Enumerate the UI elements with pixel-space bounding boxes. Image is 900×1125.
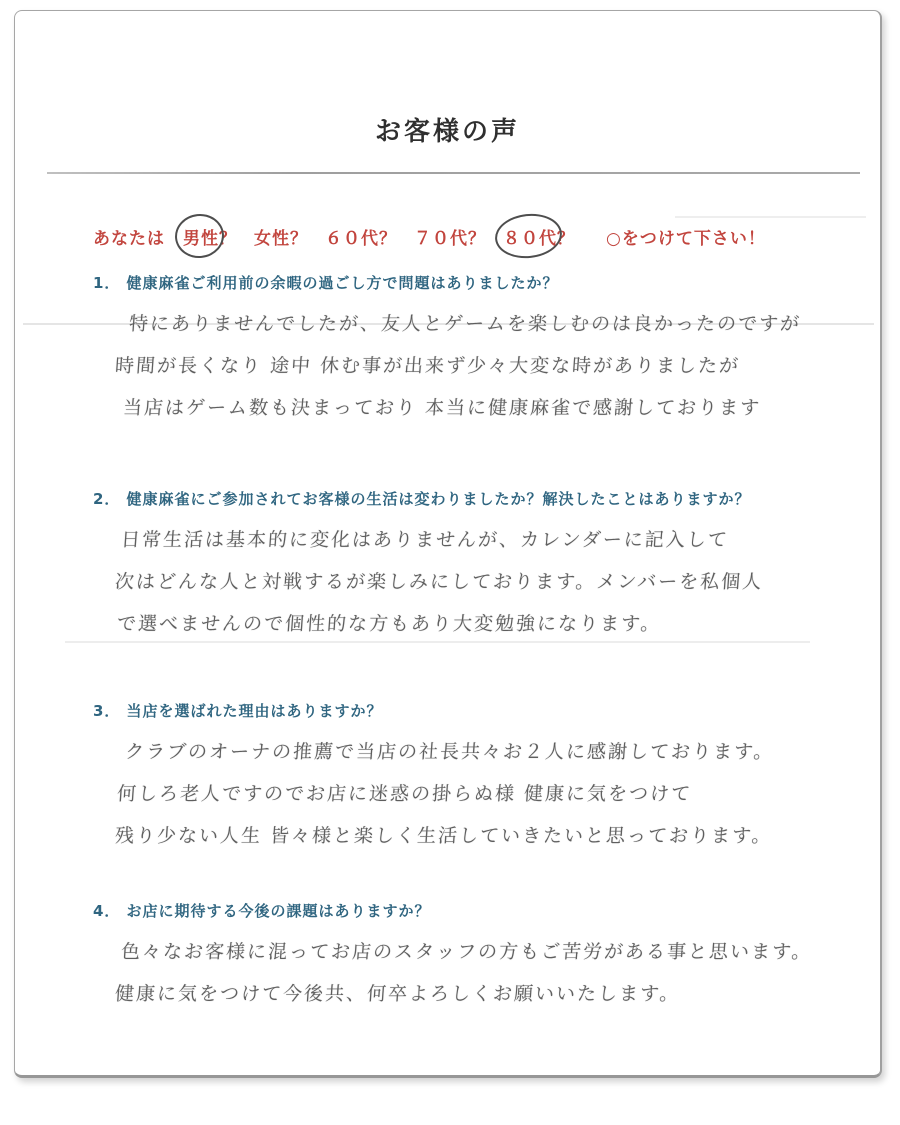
option-question-mark: ？ [468,229,486,249]
handwritten-line: 次はどんな人と対戦するが楽しみにしております。メンバーを私個人 [114,561,862,603]
scanned-feedback-card: お客様の声 あなたは 男性？ 女性？ ６０代？ ７０代？ ８０代？ ○をつけて下… [14,10,882,1078]
question-heading: 4．お店に期待する今後の課題はありますか？ [93,901,860,921]
prompt-lead: あなたは [93,224,165,249]
question-section-1: 1．健康麻雀ご利用前の余暇の過ごし方で問題はありましたか？ 特にありませんでした… [93,273,860,429]
scan-ruled-line [675,216,866,218]
gender-age-option: ７０代？ [414,224,486,249]
handwritten-line: 残り少ない人生 皆々様と楽しく生活していきたいと思っております。 [114,815,862,857]
question-heading: 3．当店を選ばれた理由はありますか？ [93,701,860,721]
question-number: 3． [93,702,120,720]
question-heading: 2．健康麻雀にご参加されてお客様の生活は変わりましたか？解決したことはありますか… [93,489,860,509]
option-question-mark: ？ [379,229,397,249]
question-text: お店に期待する今後の課題はありますか？ [126,902,430,920]
question-number: 4． [93,902,120,920]
handwritten-answer: クラブのオーナの推薦で当店の社長共々お２人に感謝しております。 何しろ老人ですの… [115,731,860,857]
question-text: 当店を選ばれた理由はありますか？ [126,702,382,720]
option-question-mark: ？ [290,229,308,249]
circle-instruction: ○をつけて下さい！ [606,224,766,249]
question-text: 健康麻雀ご利用前の余暇の過ごし方で問題はありましたか？ [126,274,558,292]
page-title: お客様の声 [15,111,880,148]
question-number: 2． [93,490,120,508]
option-label: 女性 [254,229,290,249]
handwritten-line: 当店はゲーム数も決まっており 本当に健康麻雀で感謝しております [122,387,862,429]
handwritten-line: 時間が長くなり 途中 休む事が出来ず少々大変な時がありましたが [114,345,862,387]
handwritten-line: 日常生活は基本的に変化はありませんが、カレンダーに記入して [120,519,862,561]
question-number: 1． [93,274,120,292]
handwritten-answer: 特にありませんでしたが、友人とゲームを楽しむのは良かったのですが 時間が長くなり… [115,303,860,429]
handwritten-line: 健康に気をつけて今後共、何卒よろしくお願いいたします。 [114,973,862,1015]
question-section-4: 4．お店に期待する今後の課題はありますか？ 色々なお客様に混ってお店のスタッフの… [93,901,860,1015]
handwritten-line: 色々なお客様に混ってお店のスタッフの方もご苦労がある事と思います。 [120,931,862,973]
gender-age-option: ６０代？ [325,224,397,249]
handwritten-line: 何しろ老人ですのでお店に迷惑の掛らぬ様 健康に気をつけて [116,773,862,815]
question-heading: 1．健康麻雀ご利用前の余暇の過ごし方で問題はありましたか？ [93,273,860,293]
question-section-3: 3．当店を選ばれた理由はありますか？ クラブのオーナの推薦で当店の社長共々お２人… [93,701,860,857]
handwritten-answer: 色々なお客様に混ってお店のスタッフの方もご苦労がある事と思います。 健康に気をつ… [115,931,860,1015]
gender-age-option: 男性？ [183,224,237,249]
question-section-2: 2．健康麻雀にご参加されてお客様の生活は変わりましたか？解決したことはありますか… [93,489,860,645]
handwritten-line: 特にありませんでしたが、友人とゲームを楽しむのは良かったのですが [128,303,862,345]
gender-age-option: 女性？ [254,224,308,249]
handwritten-answer: 日常生活は基本的に変化はありませんが、カレンダーに記入して 次はどんな人と対戦す… [115,519,860,645]
question-text: 健康麻雀にご参加されてお客様の生活は変わりましたか？解決したことはありますか？ [126,490,750,508]
option-label: ６０代 [325,229,379,249]
circle-annotation-icon [493,211,564,262]
option-label: ７０代 [414,229,468,249]
title-divider [47,172,860,174]
circle-annotation-icon [173,212,226,261]
gender-age-option: ８０代？ [503,224,575,249]
respondent-prompt-row: あなたは 男性？ 女性？ ６０代？ ７０代？ ８０代？ ○をつけて下さい！ [93,224,860,249]
handwritten-line: で選べませんので個性的な方もあり大変勉強になります。 [116,603,862,645]
handwritten-line: クラブのオーナの推薦で当店の社長共々お２人に感謝しております。 [124,731,862,773]
